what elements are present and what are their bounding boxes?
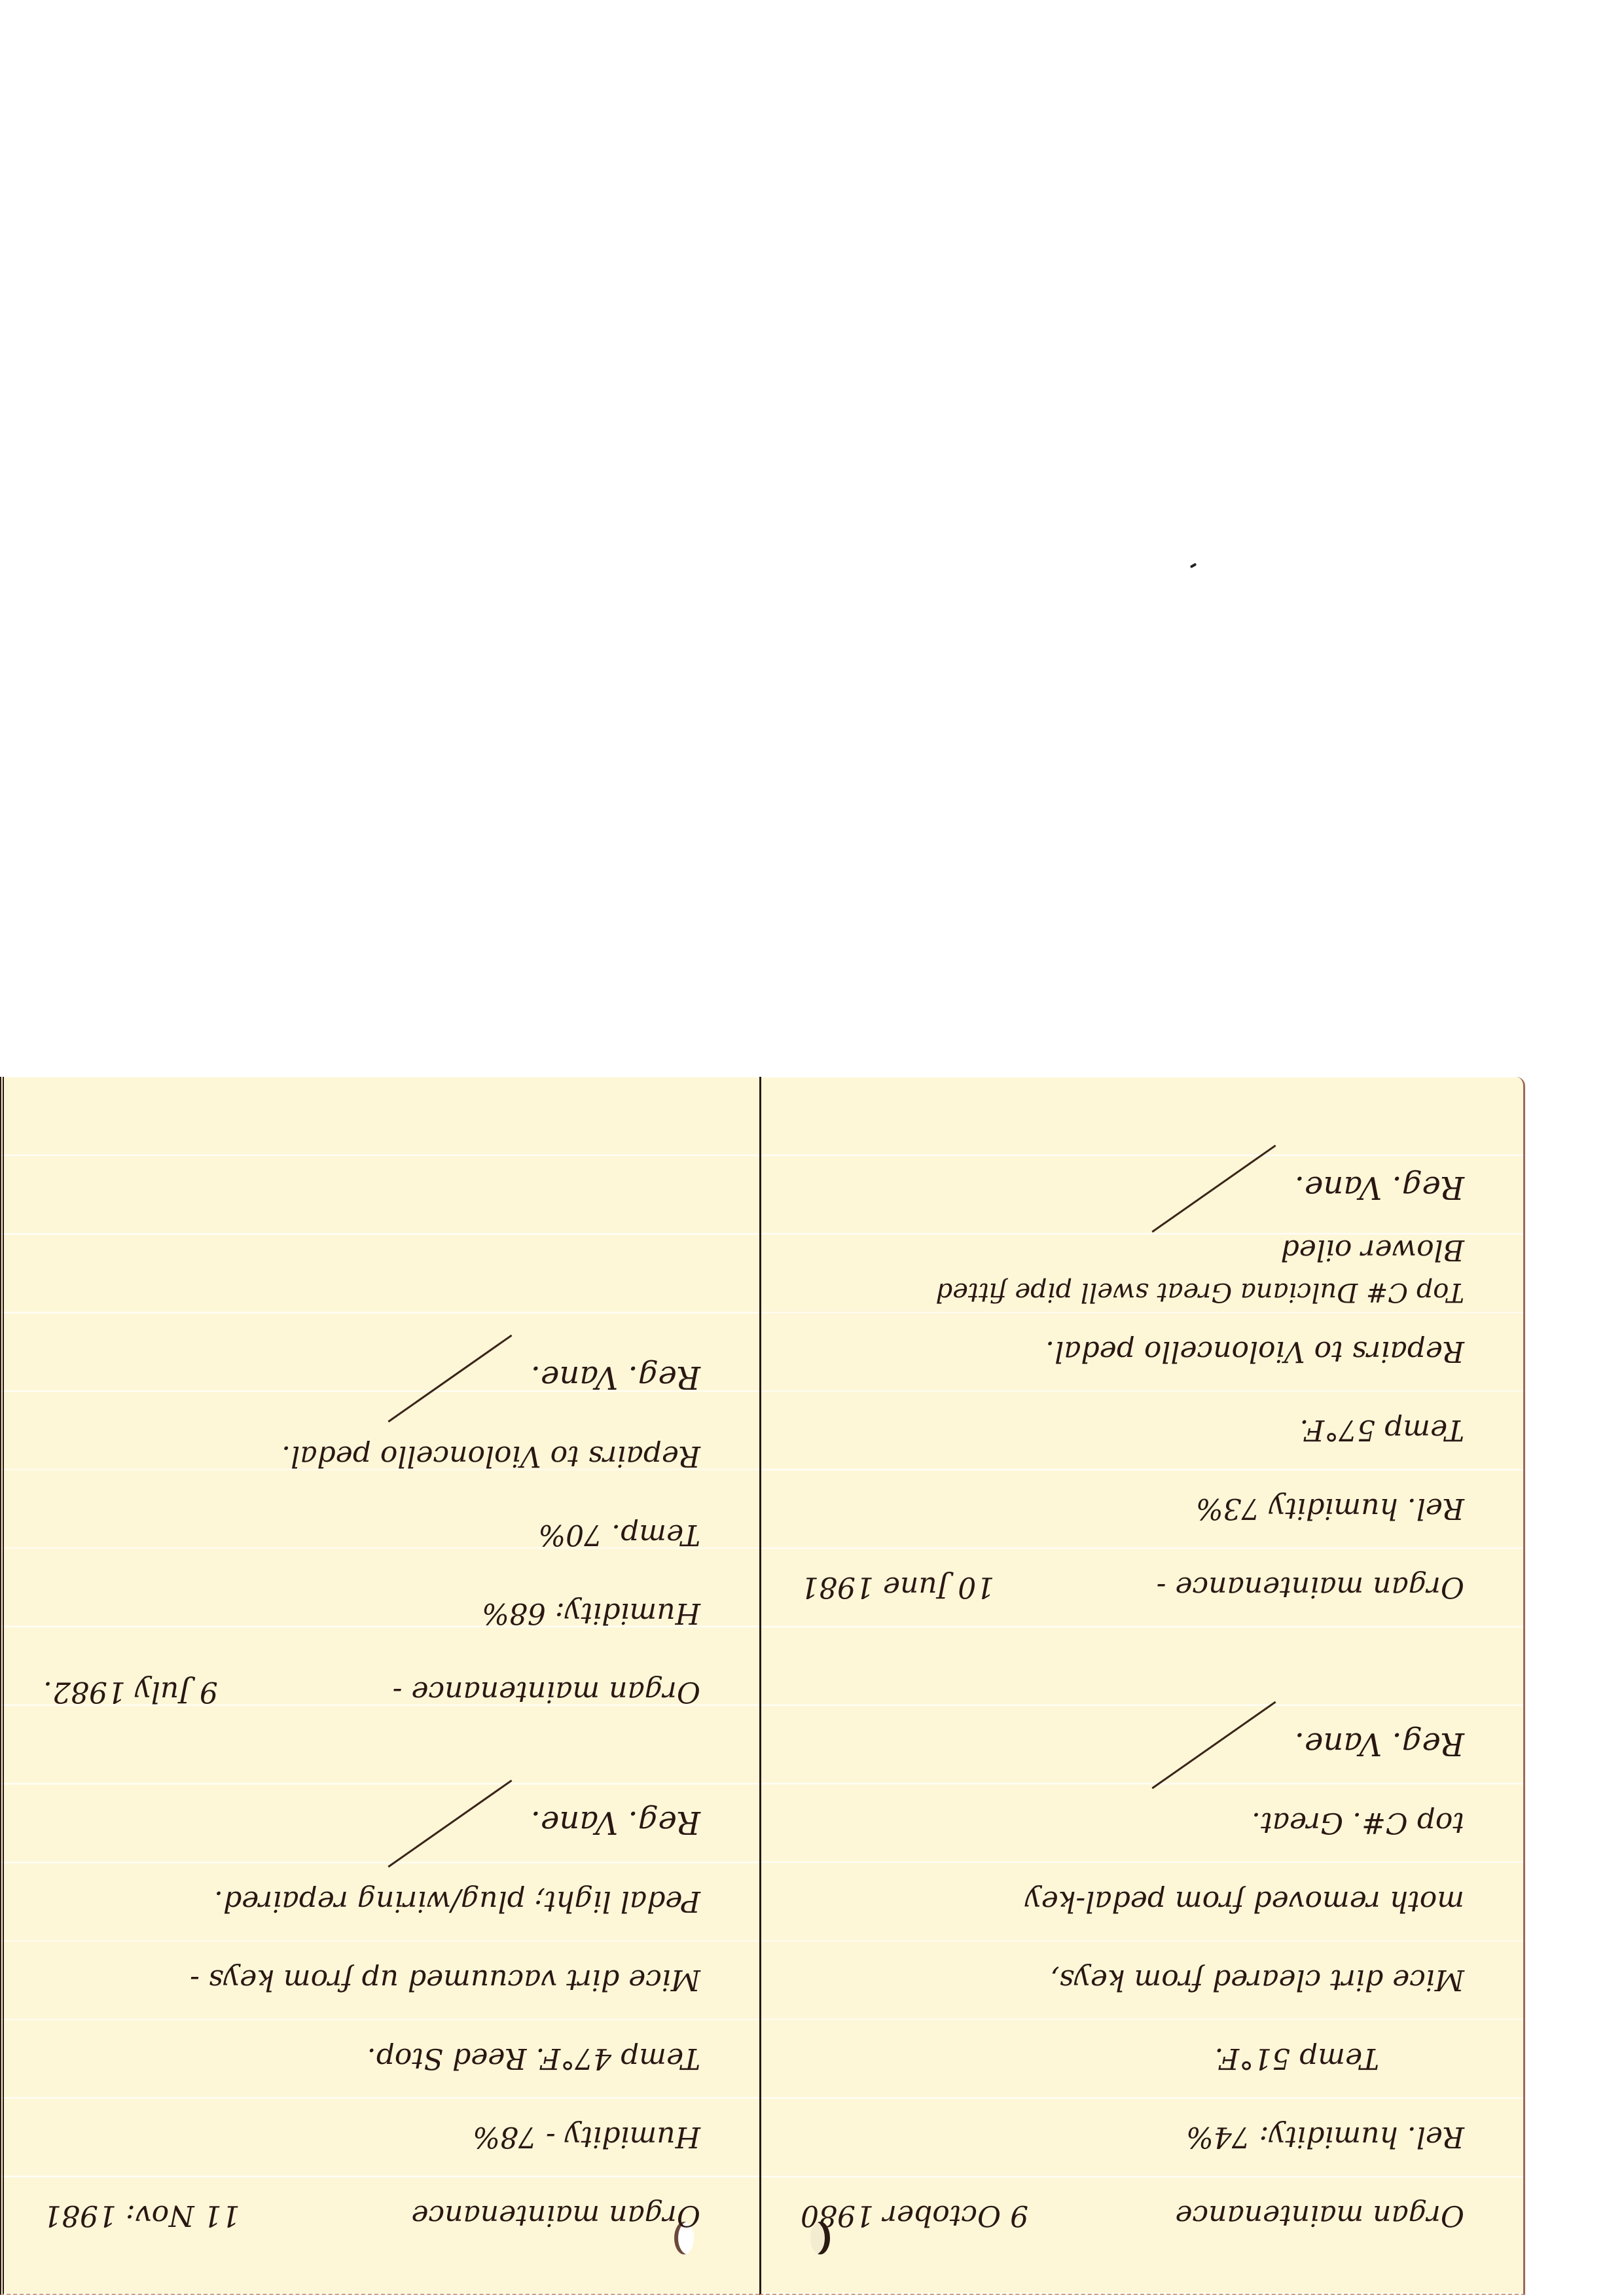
log-entry-1: Organ maintenance 9 October 1980 Rel. hu… <box>801 1705 1464 2254</box>
entry-line: Mice dirt vacuumed up from keys - <box>190 1940 700 2019</box>
entry-line: Rel. humidity 73% <box>1196 1469 1464 1547</box>
entry-line: Temp 51°F. <box>1215 2019 1465 2097</box>
entry-line: Rel. humidity: 74% <box>1186 2097 1464 2176</box>
notebook-spread: Organ maintenance 9 October 1980 Rel. hu… <box>0 1077 1525 2295</box>
entry-line: Repairs to Violoncello pedal. <box>281 1417 700 1495</box>
entry-date: 11 Nov: 1981 <box>43 2176 240 2254</box>
entry-line: moth removed from pedal-key <box>1025 1862 1464 1940</box>
entry-date: 9 July 1982. <box>43 1652 218 1731</box>
signature: Reg. Vane. <box>531 1359 700 1396</box>
entry-line: Repairs to Violoncello pedal. <box>1045 1312 1464 1390</box>
entry-line: Pedal light; plug/wiring repaired. <box>214 1862 700 1940</box>
log-entry-3: Organ maintenance 11 Nov: 1981 Humidity … <box>43 1783 700 2254</box>
signature-flourish <box>388 1335 512 1422</box>
signature-flourish <box>1151 1145 1276 1233</box>
signature: Reg. Vane. <box>531 1804 700 1841</box>
entry-line: Mice dirt cleared from keys, <box>1050 1940 1464 2019</box>
entry-heading: Organ maintenance <box>1175 2176 1464 2254</box>
stray-ink-mark <box>1190 563 1197 568</box>
log-entry-4: Organ maintenance - 9 July 1982. Humidit… <box>43 1338 700 1731</box>
entry-line: Humidity - 78% <box>473 2097 700 2176</box>
entry-heading: Organ maintenance - <box>393 1652 700 1731</box>
entry-line: Top C# Dulciana Great swell pipe fitted <box>936 1273 1464 1312</box>
entry-line: Temp. 70% <box>538 1495 700 1574</box>
notebook-page-2: Organ maintenance 11 Nov: 1981 Humidity … <box>0 1077 759 2295</box>
entry-date: 10 June 1981 <box>801 1547 994 1626</box>
entry-line: Blower oiled <box>1281 1227 1464 1273</box>
entry-heading: Organ maintenance <box>411 2176 700 2254</box>
entry-heading: Organ maintenance - <box>1157 1547 1464 1626</box>
entry-line: Temp 47°F. Reed Stop. <box>367 2019 700 2097</box>
entry-line: Humidity: 68% <box>482 1574 700 1652</box>
entry-line: top C#. Great. <box>1252 1783 1464 1862</box>
signature-flourish <box>1151 1701 1276 1789</box>
log-entry-2: Organ maintenance - 10 June 1981 Rel. hu… <box>801 1148 1464 1626</box>
entry-line: Temp 57°F. <box>1300 1390 1465 1469</box>
signature: Reg. Vane. <box>1295 1169 1464 1206</box>
entry-date: 9 October 1980 <box>801 2176 1028 2254</box>
signature-flourish <box>388 1780 512 1868</box>
notebook-page-1: Organ maintenance 9 October 1980 Rel. hu… <box>759 1077 1525 2295</box>
signature: Reg. Vane. <box>1295 1726 1464 1762</box>
